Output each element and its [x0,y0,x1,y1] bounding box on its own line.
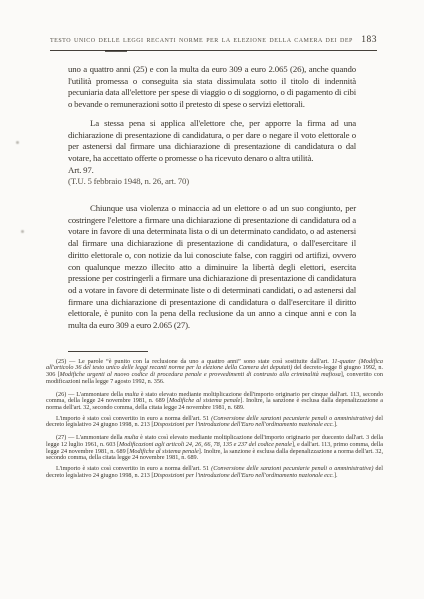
header-rule-dark-segment [105,50,127,52]
footnote-separator-rule [68,351,148,352]
text-column: uno a quattro anni (25) e con la multa d… [46,64,383,485]
running-head: TESTO UNICO DELLE LEGGI RECANTI NORME PE… [50,35,377,45]
article-source-reference: (T.U. 5 febbraio 1948, n. 26, art. 70) [68,176,356,188]
footnote-26: (26) — L'ammontare della multa è stato e… [46,392,383,430]
header-rule [50,50,377,51]
body-paragraph: La stessa pena si applica all'elettore c… [68,118,356,165]
scanned-book-page: TESTO UNICO DELLE LEGGI RECANTI NORME PE… [0,0,424,599]
footnote-paragraph: (26) — L'ammontare della multa è stato e… [46,392,383,412]
scan-speck [21,230,24,233]
footnotes-section: (25) — Le parole “è punito con la reclus… [46,359,383,480]
footnote-paragraph: L'importo è stato così convertito in eur… [46,466,383,479]
footnote-paragraph: (27) — L'ammontare della multa è stato c… [46,435,383,462]
scan-speck [16,141,19,144]
body-text: uno a quattro anni (25) e con la multa d… [68,64,356,332]
footnote-paragraph: (25) — Le parole “è punito con la reclus… [46,359,383,386]
footnote-27: (27) — L'ammontare della multa è stato c… [46,435,383,479]
running-head-title: TESTO UNICO DELLE LEGGI RECANTI NORME PE… [50,38,353,44]
page-number: 183 [353,35,377,45]
footnote-25: (25) — Le parole “è punito con la reclus… [46,359,383,386]
body-paragraph-continuation: uno a quattro anni (25) e con la multa d… [68,64,356,111]
article-heading: Art. 97. [68,165,356,177]
footnote-paragraph: L'importo è stato così convertito in eur… [46,416,383,429]
article-body-paragraph: Chiunque usa violenza o minaccia ad un e… [68,203,356,332]
